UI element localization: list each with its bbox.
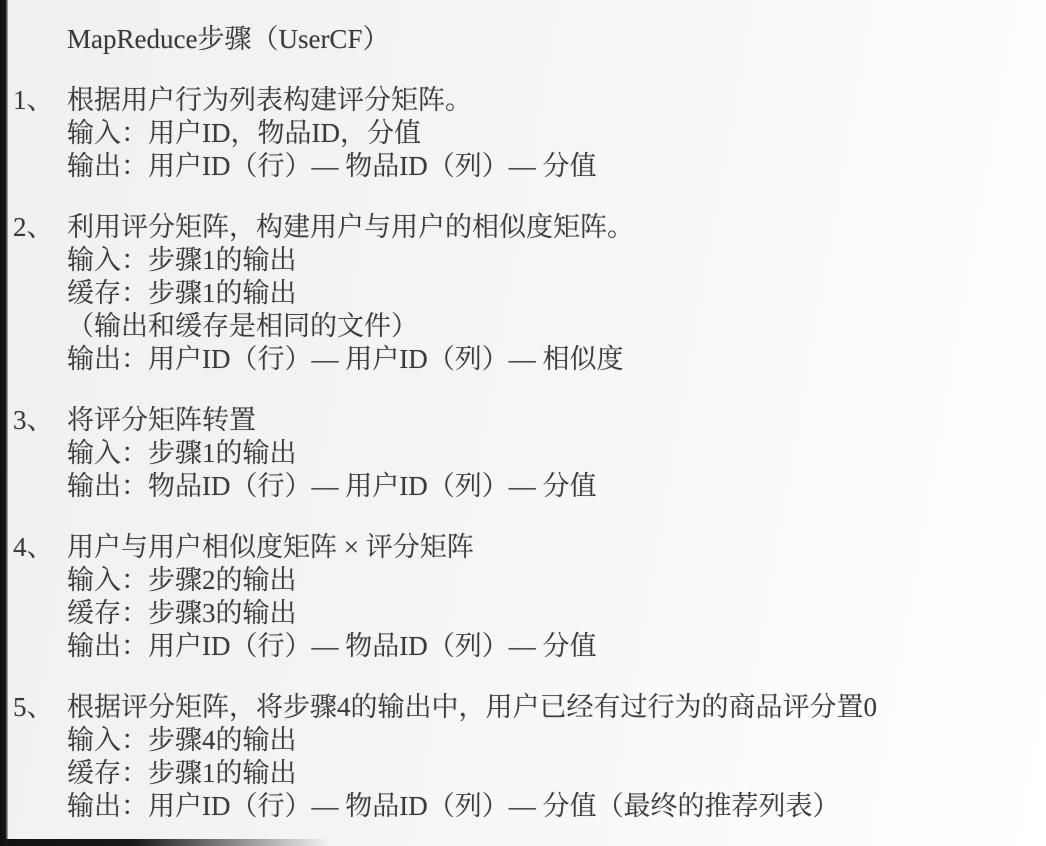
step-section-4: 4、 用户与用户相似度矩阵 × 评分矩阵 输入：步骤2的输出 缓存：步骤3的输出… bbox=[67, 531, 1036, 663]
step-line: 缓存：步骤1的输出 bbox=[67, 277, 1036, 310]
step-heading: 将评分矩阵转置 bbox=[67, 404, 1036, 437]
step-section-5: 5、 根据评分矩阵，将步骤4的输出中，用户已经有过行为的商品评分置0 输入：步骤… bbox=[67, 691, 1036, 823]
step-heading: 用户与用户相似度矩阵 × 评分矩阵 bbox=[67, 531, 1036, 564]
step-heading: 利用评分矩阵，构建用户与用户的相似度矩阵。 bbox=[67, 211, 1036, 244]
step-line: 输入：用户ID，物品ID，分值 bbox=[67, 117, 1036, 150]
step-line: 输入：步骤1的输出 bbox=[67, 244, 1036, 277]
step-line: 输出：用户ID（行）— 用户ID（列）— 相似度 bbox=[67, 343, 1036, 376]
step-number: 3、 bbox=[13, 404, 54, 437]
step-section-2: 2、 利用评分矩阵，构建用户与用户的相似度矩阵。 输入：步骤1的输出 缓存：步骤… bbox=[67, 211, 1036, 376]
step-line: 输出：物品ID（行）— 用户ID（列）— 分值 bbox=[67, 470, 1036, 503]
left-edge-bar bbox=[0, 0, 8, 846]
step-number: 5、 bbox=[13, 691, 54, 724]
step-number: 4、 bbox=[13, 531, 54, 564]
step-line: 输出：用户ID（行）— 物品ID（列）— 分值（最终的推荐列表） bbox=[67, 790, 1036, 823]
step-section-3: 3、 将评分矩阵转置 输入：步骤1的输出 输出：物品ID（行）— 用户ID（列）… bbox=[67, 404, 1036, 503]
step-heading: 根据评分矩阵，将步骤4的输出中，用户已经有过行为的商品评分置0 bbox=[67, 691, 1036, 724]
step-section-1: 1、 根据用户行为列表构建评分矩阵。 输入：用户ID，物品ID，分值 输出：用户… bbox=[67, 84, 1036, 183]
slide: { "title": "MapReduce步骤（UserCF）", "secti… bbox=[0, 0, 1046, 846]
step-line: 输出：用户ID（行）— 物品ID（列）— 分值 bbox=[67, 630, 1036, 663]
step-number: 1、 bbox=[13, 84, 54, 117]
step-heading: 根据用户行为列表构建评分矩阵。 bbox=[67, 84, 1036, 117]
step-line: 输入：步骤1的输出 bbox=[67, 437, 1036, 470]
slide-content: MapReduce步骤（UserCF） 1、 根据用户行为列表构建评分矩阵。 输… bbox=[0, 0, 1046, 823]
bottom-edge-bar bbox=[0, 839, 330, 846]
step-number: 2、 bbox=[13, 211, 54, 244]
step-line: 输出：用户ID（行）— 物品ID（列）— 分值 bbox=[67, 150, 1036, 183]
step-line: 输入：步骤4的输出 bbox=[67, 724, 1036, 757]
step-line: 输入：步骤2的输出 bbox=[67, 564, 1036, 597]
step-line: （输出和缓存是相同的文件） bbox=[67, 310, 1036, 343]
step-line: 缓存：步骤1的输出 bbox=[67, 757, 1036, 790]
step-line: 缓存：步骤3的输出 bbox=[67, 597, 1036, 630]
slide-title: MapReduce步骤（UserCF） bbox=[67, 23, 1036, 56]
